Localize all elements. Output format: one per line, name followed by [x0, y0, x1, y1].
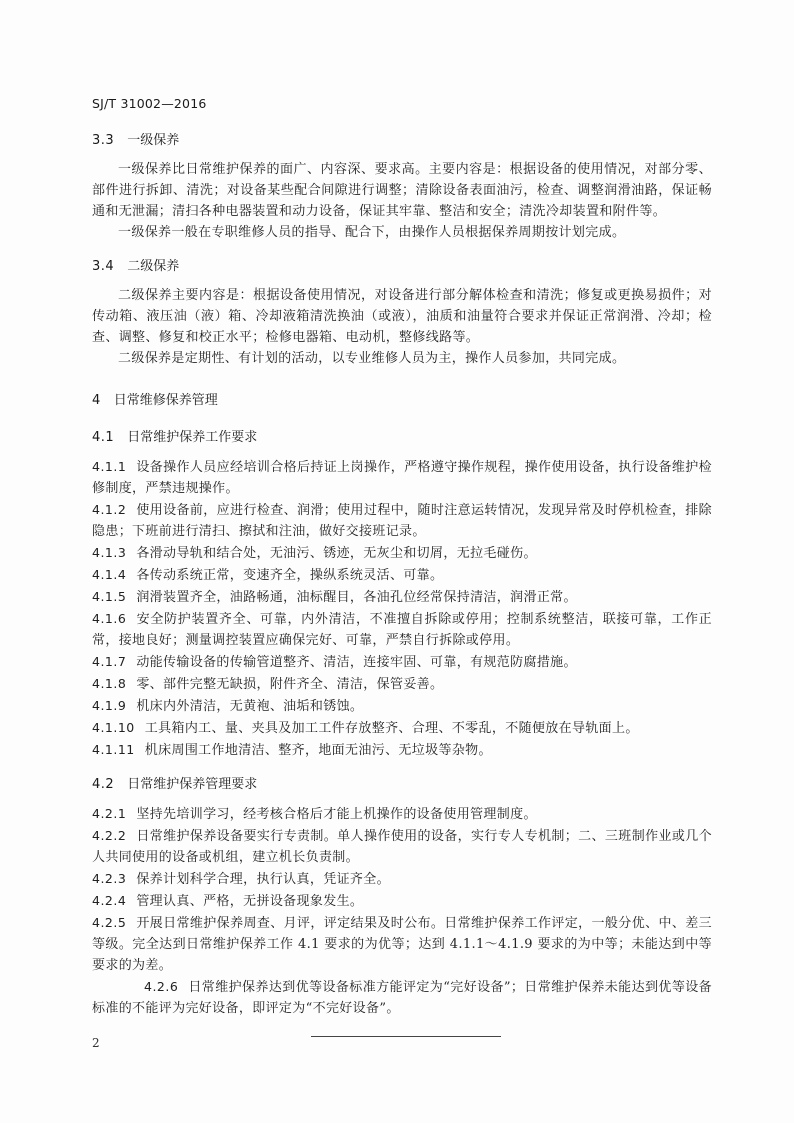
clause-text: 安全防护装置齐全、可靠，内外清洁，不准擅自拆除或停用；控制系统整洁，联接可靠，工… [92, 612, 712, 648]
clause-text: 日常维护保养设备要实行专责制。单人操作使用的设备，实行专人专机制；二、三班制作业… [92, 829, 712, 865]
clause-4-2-4: 4.2.4管理认真、严格，无拼设备现象发生。 [92, 890, 712, 912]
clause-number: 4.1.2 [92, 499, 126, 520]
clause-4-1-8: 4.1.8零、部件完整无缺损，附件齐全、清洁，保管妥善。 [92, 673, 712, 695]
section-number: 3.3 [92, 131, 114, 150]
clause-number: 4.1.10 [92, 717, 135, 738]
clause-4-1-2: 4.1.2使用设备前，应进行检查、润滑；使用过程中，随时注意运转情况，发现异常及… [92, 499, 712, 542]
clause-text: 坚持先培训学习，经考核合格后才能上机操作的设备使用管理制度。 [136, 807, 537, 822]
clause-text: 机床内外清洁，无黄袍、油垢和锈蚀。 [136, 699, 363, 714]
document-body: 3.3一级保养 一级保养比日常维护保养的面广、内容深、要求高。主要内容是：根据设… [92, 122, 712, 1019]
section-title: 二级保养 [127, 259, 179, 274]
clause-text: 零、部件完整无缺损，附件齐全、清洁，保管妥善。 [136, 677, 443, 692]
clause-4-1-10: 4.1.10工具箱内工、量、夹具及加工工件存放整齐、合理、不零乱，不随便放在导轨… [92, 717, 712, 739]
clause-text: 使用设备前，应进行检查、润滑；使用过程中，随时注意运转情况，发现异常及时停机检查… [92, 503, 712, 539]
clause-number: 4.1.4 [92, 564, 126, 585]
clause-text: 工具箱内工、量、夹具及加工工件存放整齐、合理、不零乱，不随便放在导轨面上。 [145, 721, 639, 736]
clause-4-1-7: 4.1.7动能传输设备的传输管道整齐、清洁，连接牢固、可靠，有规范防腐措施。 [92, 651, 712, 673]
clause-number: 4.2.1 [92, 803, 126, 824]
clause-4-2-1: 4.2.1坚持先培训学习，经考核合格后才能上机操作的设备使用管理制度。 [92, 803, 712, 825]
clause-number: 4.1.6 [92, 608, 126, 629]
clause-4-1-1: 4.1.1设备操作人员应经培训合格后持证上岗操作，严格遵守操作规程，操作使用设备… [92, 456, 712, 499]
clause-text: 润滑装置齐全，油路畅通，油标醒目，各油孔位经常保持清洁，润滑正常。 [136, 590, 577, 605]
clause-text: 各滑动导轨和结合处，无油污、锈迹，无灰尘和切屑，无拉毛碰伤。 [136, 546, 537, 561]
clause-text: 机床周围工作地清洁、整齐，地面无油污、无垃圾等杂物。 [145, 743, 492, 758]
section-heading-4-1: 4.1日常维护保养工作要求 [92, 428, 712, 447]
clause-4-1-11: 4.1.11机床周围工作地清洁、整齐，地面无油污、无垃圾等杂物。 [92, 739, 712, 761]
clause-4-1-9: 4.1.9机床内外清洁，无黄袍、油垢和锈蚀。 [92, 695, 712, 717]
clause-number: 4.2.2 [92, 825, 126, 846]
section-title: 一级保养 [127, 133, 179, 148]
clause-number: 4.1.9 [92, 695, 126, 716]
paragraph: 二级保养是定期性、有计划的活动，以专业维修人员为主，操作人员参加，共同完成。 [92, 348, 712, 369]
clause-number: 4.1.1 [92, 456, 126, 477]
clause-number: 4.1.11 [92, 739, 135, 760]
clause-4-1-5: 4.1.5润滑装置齐全，油路畅通，油标醒目，各油孔位经常保持清洁，润滑正常。 [92, 586, 712, 608]
clause-4-1-3: 4.1.3各滑动导轨和结合处，无油污、锈迹，无灰尘和切屑，无拉毛碰伤。 [92, 542, 712, 564]
clause-number: 4.2.5 [92, 912, 126, 933]
clause-4-2-5: 4.2.5开展日常维护保养周查、月评，评定结果及时公布。日常维护保养工作评定，一… [92, 912, 712, 976]
clause-text: 开展日常维护保养周查、月评，评定结果及时公布。日常维护保养工作评定，一般分优、中… [92, 916, 712, 973]
clause-number: 4.2.4 [92, 890, 126, 911]
clause-number: 4.1.8 [92, 673, 126, 694]
chapter-title: 日常维修保养管理 [114, 393, 218, 408]
clause-text: 设备操作人员应经培训合格后持证上岗操作，严格遵守操作规程，操作使用设备，执行设备… [92, 460, 712, 496]
clause-4-1-4: 4.1.4各传动系统正常，变速齐全，操纵系统灵活、可靠。 [92, 564, 712, 586]
clause-number: 4.2.3 [92, 868, 126, 889]
clause-text: 管理认真、严格，无拼设备现象发生。 [136, 894, 363, 909]
section-heading-3-3: 3.3一级保养 [92, 131, 712, 150]
clause-text: 日常维护保养达到优等设备标准方能评定为“完好设备”；日常维护保养未能达到优等设备… [92, 980, 712, 1016]
section-title: 日常维护保养工作要求 [127, 430, 257, 445]
clause-text: 保养计划科学合理，执行认真，凭证齐全。 [136, 872, 390, 887]
clause-4-1-6: 4.1.6安全防护装置齐全、可靠，内外清洁，不准擅自拆除或停用；控制系统整洁，联… [92, 608, 712, 651]
page-number: 2 [92, 1036, 100, 1050]
chapter-number: 4 [92, 391, 101, 410]
clause-text: 动能传输设备的传输管道整齐、清洁，连接牢固、可靠，有规范防腐措施。 [136, 655, 577, 670]
chapter-heading-4: 4日常维修保养管理 [92, 391, 712, 410]
document-page: SJ/T 31002—2016 3.3一级保养 一级保养比日常维护保养的面广、内… [0, 0, 794, 1123]
section-heading-4-2: 4.2日常维护保养管理要求 [92, 775, 712, 794]
section-number: 3.4 [92, 257, 114, 276]
paragraph: 一级保养一般在专职维修人员的指导、配合下，由操作人员根据保养周期按计划完成。 [92, 222, 712, 243]
clause-4-2-2: 4.2.2日常维护保养设备要实行专责制。单人操作使用的设备，实行专人专机制；二、… [92, 825, 712, 868]
clause-number: 4.1.7 [92, 651, 126, 672]
section-number: 4.1 [92, 428, 114, 447]
section-title: 日常维护保养管理要求 [127, 777, 257, 792]
clause-4-2-3: 4.2.3保养计划科学合理，执行认真，凭证齐全。 [92, 868, 712, 890]
standard-code: SJ/T 31002—2016 [92, 96, 207, 111]
clause-text: 各传动系统正常，变速齐全，操纵系统灵活、可靠。 [136, 568, 443, 583]
clause-number: 4.1.5 [92, 586, 126, 607]
section-number: 4.2 [92, 775, 114, 794]
section-heading-3-4: 3.4二级保养 [92, 257, 712, 276]
clause-4-2-6: 4.2.6日常维护保养达到优等设备标准方能评定为“完好设备”；日常维护保养未能达… [92, 976, 712, 1019]
clause-number: 4.1.3 [92, 542, 126, 563]
end-of-page-rule [311, 1036, 501, 1037]
paragraph: 一级保养比日常维护保养的面广、内容深、要求高。主要内容是：根据设备的使用情况，对… [92, 159, 712, 222]
clause-number: 4.2.6 [118, 976, 178, 997]
paragraph: 二级保养主要内容是：根据设备使用情况，对设备进行部分解体检查和清洗；修复或更换易… [92, 285, 712, 348]
